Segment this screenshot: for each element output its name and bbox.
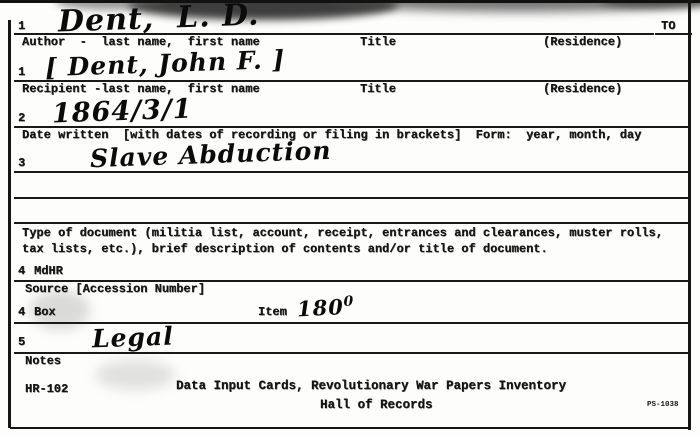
source-row-number: 4 bbox=[18, 265, 25, 278]
item-value-superscript: 0 bbox=[343, 294, 355, 311]
item-handwritten-value: 1800 bbox=[296, 294, 355, 322]
type-of-document-label-line1: Type of document (militia list, account,… bbox=[22, 227, 663, 240]
author-row-number: 1 bbox=[18, 20, 25, 33]
author-title-label: Title bbox=[360, 36, 396, 49]
source-value: MdHR bbox=[34, 265, 63, 278]
date-handwritten-value: 1864/3/1 bbox=[52, 94, 193, 130]
card-border-right bbox=[688, 0, 691, 430]
print-code: PS-1038 bbox=[647, 399, 679, 412]
date-written-label: Date written [with dates of recording or… bbox=[22, 129, 641, 142]
archive-index-card: 1 Dent, L. D. Author - last name, first … bbox=[0, 0, 700, 436]
type-section-rule-line bbox=[14, 222, 688, 224]
box-row-number: 4 bbox=[18, 306, 25, 319]
notes-handwritten-value: Legal bbox=[92, 322, 175, 354]
card-border-bottom bbox=[10, 427, 690, 429]
item-label: Item bbox=[258, 306, 287, 319]
form-number: HR-102 bbox=[25, 383, 68, 396]
recipient-handwritten-value: [ Dent, John F. ] bbox=[45, 45, 286, 82]
box-label: Box bbox=[34, 306, 56, 319]
description-row-number: 3 bbox=[18, 157, 25, 170]
notes-row-number: 5 bbox=[18, 336, 25, 349]
source-label: Source [Accession Number] bbox=[25, 283, 205, 296]
notes-label: Notes bbox=[25, 355, 61, 368]
to-label: TO bbox=[661, 20, 675, 33]
scan-smudge bbox=[95, 360, 175, 390]
blank-rule-line bbox=[14, 197, 688, 199]
to-rule-line bbox=[655, 33, 692, 35]
item-value-main: 180 bbox=[296, 294, 344, 321]
recipient-residence-label: (Residence) bbox=[543, 83, 622, 96]
date-row-number: 2 bbox=[18, 112, 25, 125]
recipient-title-label: Title bbox=[360, 83, 396, 96]
type-of-document-label-line2: tax lists, etc.), brief description of c… bbox=[22, 243, 548, 256]
card-border-left bbox=[8, 20, 11, 428]
recipient-row-number: 1 bbox=[18, 66, 25, 79]
footer-subtitle: Hall of Records bbox=[320, 399, 433, 412]
recipient-label: Recipient -last name, first name bbox=[22, 83, 260, 96]
footer-title: Data Input Cards, Revolutionary War Pape… bbox=[176, 380, 566, 393]
author-residence-label: (Residence) bbox=[543, 36, 622, 49]
